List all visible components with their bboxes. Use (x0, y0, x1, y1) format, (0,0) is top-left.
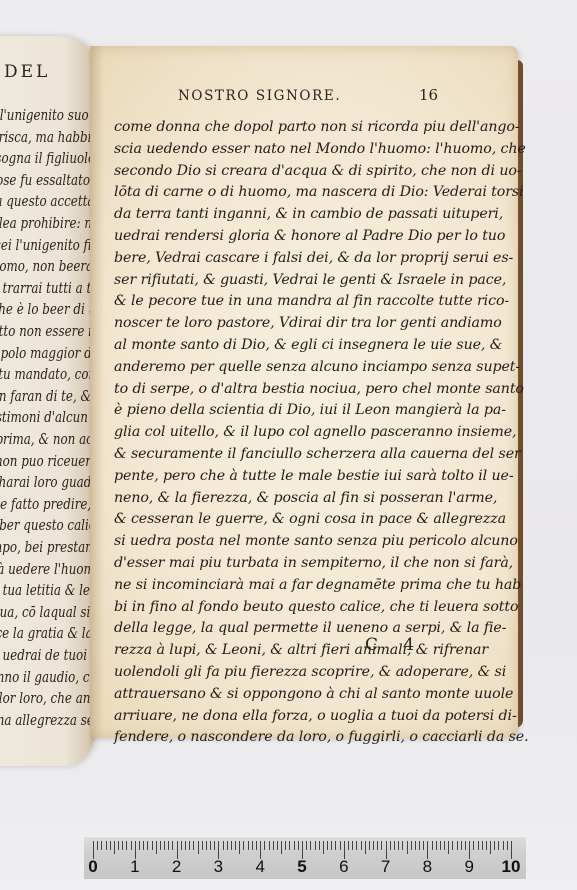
ruler-tick (361, 841, 362, 850)
ruler-tick (298, 841, 299, 850)
ruler-tick (281, 841, 282, 854)
running-head: NOSTRO SIGNORE. (178, 88, 341, 104)
text-line: fendere, o nascondere da loro, o fuggirl… (114, 727, 446, 749)
text-line: al monte santo di Dio, & egli ci insegne… (114, 335, 446, 357)
ruler-tick (273, 841, 274, 850)
text-line: li te fatto predire, & (0, 497, 96, 513)
ruler-tick (235, 841, 236, 850)
ruler-label: 10 (502, 857, 521, 877)
ruler-tick (398, 841, 399, 850)
ruler-tick (369, 841, 370, 850)
text-line: n prima, & non acqui (0, 432, 96, 448)
text-line: uolendoli gli fa piu fierezza scoprire, … (114, 662, 446, 684)
ruler-tick (335, 841, 336, 850)
ruler-tick (185, 841, 186, 850)
ruler-label: 1 (130, 857, 139, 877)
folio-number: 16 (419, 86, 438, 104)
ruler-tick (490, 841, 491, 854)
ruler-tick (210, 841, 211, 850)
text-line: o non puo riceuere sa (0, 454, 96, 470)
ruler-tick (365, 841, 366, 854)
ruler-tick (352, 841, 353, 850)
ruler-tick (239, 841, 240, 854)
ruler-tick (118, 841, 119, 850)
ruler-tick (310, 841, 311, 850)
ruler-tick (486, 841, 487, 850)
ruler-tick (315, 841, 316, 850)
ruler-tick (473, 841, 474, 850)
ruler-tick (122, 841, 123, 850)
ruler-tick (440, 841, 441, 850)
text-line: come donna che dopol parto non si ricord… (114, 117, 446, 139)
left-running-head: DEL (4, 62, 50, 82)
ruler-label: 5 (297, 857, 306, 877)
ruler-tick (143, 841, 144, 850)
ruler-tick (432, 841, 433, 850)
ruler-tick (223, 841, 224, 850)
ruler-label: 0 (88, 857, 97, 877)
ruler-tick (189, 841, 190, 850)
text-line: erna allegrezza sem (0, 713, 96, 729)
ruler-tick (423, 841, 424, 850)
text-line: glia col uitello, & il lupo col agnello … (114, 422, 446, 444)
ruler-tick (419, 841, 420, 850)
text-line: scipolo maggior della (0, 346, 96, 362)
right-page: NOSTRO SIGNORE. 16 come donna che dopol … (90, 46, 518, 738)
ruler-tick (256, 841, 257, 850)
text-line: scia uedendo esser nato nel Mondo l'huom… (114, 139, 446, 161)
ruler-tick (106, 841, 107, 850)
ruler-tick (294, 841, 295, 850)
ruler-tick (436, 841, 437, 850)
ruler-tick (231, 841, 232, 850)
ruler-tick (181, 841, 182, 850)
left-page: DEL to l'unigenito suo figlioperisca, ma… (0, 36, 96, 766)
ruler-tick (390, 841, 391, 850)
ruler-tick (478, 841, 479, 850)
text-line: non faran di te, & della (0, 389, 96, 405)
ruler-label: 2 (172, 857, 181, 877)
text-line: io, uedrai de tuoi dolor (0, 648, 96, 664)
ruler-label: 8 (423, 857, 432, 877)
ruler-tick (306, 841, 307, 850)
ruler-tick (465, 841, 466, 850)
text-line: & securamente il fanciullo scherzera all… (114, 444, 446, 466)
text-line: ri à uedere l'huomo (0, 562, 96, 578)
ruler-labels: 012345678910 (84, 857, 526, 879)
ruler-tick (461, 841, 462, 850)
ruler-tick (126, 841, 127, 850)
text-line: to l'unigenito suo figlio (0, 108, 96, 124)
ruler-tick (407, 841, 408, 854)
ruler-tick (202, 841, 203, 850)
text-line: ne si incominciarà mai a far degnamēte p… (114, 575, 446, 597)
text-line: dolor loro, che anche (0, 691, 96, 707)
text-line: l che è lo beer di quello (0, 302, 96, 318)
ruler-tick (152, 841, 153, 850)
text-line: testimoni d'alcun pe (0, 410, 96, 426)
signature-mark: C 4 (365, 635, 424, 655)
ruler-tick (415, 841, 416, 850)
text-line: ser rifiutati, & guasti, Vedrai le genti… (114, 270, 446, 292)
ruler-tick (331, 841, 332, 850)
text-line: uolea prohibire: non (0, 216, 96, 232)
ruler-tick (319, 841, 320, 850)
ruler-tick (457, 841, 458, 850)
text-line: Mose fu essaltato il ser (0, 173, 96, 189)
text-line: empo, bei prestamente (0, 540, 96, 556)
text-line: anderemo per quelle senza alcuno inciamp… (114, 357, 446, 379)
ruler-tick (494, 841, 495, 850)
ruler-tick (277, 841, 278, 850)
text-line: di ber questo calice, & (0, 518, 96, 534)
ruler-tick (206, 841, 207, 850)
text-line: da terra tanti inganni, & in cambio de p… (114, 204, 446, 226)
text-line: d'esser mai piu turbata in sempiterno, i… (114, 553, 446, 575)
ruler-label: 3 (214, 857, 223, 877)
text-line: ranno il gaudio, che (0, 670, 96, 686)
text-line: pente, pero che à tutte le male bestie i… (114, 466, 446, 488)
ruler-tick (411, 841, 412, 850)
ruler-tick (214, 841, 215, 850)
ruler-tick (452, 841, 453, 850)
text-line: a tua, cō laqual si toglie (0, 605, 96, 621)
ruler-tick (110, 841, 111, 850)
ruler-tick (356, 841, 357, 850)
ruler-tick (348, 841, 349, 850)
ruler-tick (269, 841, 270, 850)
text-line: arriuare, ne dona ella forza, o uoglia a… (114, 706, 446, 728)
ruler-tick (402, 841, 403, 850)
ruler-tick (172, 841, 173, 850)
text-line: & le pecore tue in una mandra al fin rac… (114, 291, 446, 313)
ruler-label: 9 (464, 857, 473, 877)
ruler-tick (243, 841, 244, 850)
ruler-tick (160, 841, 161, 850)
ruler-tick (97, 841, 98, 850)
ruler-tick (323, 841, 324, 854)
text-line: on tua letitia & letitia (0, 583, 96, 599)
ruler-tick (156, 841, 157, 854)
ruler-tick (444, 841, 445, 850)
text-line: gia questo accettato, & (0, 194, 96, 210)
ruler-tick (381, 841, 382, 850)
text-line: bere, Vedrai cascare i falsi dei, & da l… (114, 248, 446, 270)
text-line: ci tu mandato, come (0, 367, 96, 383)
ruler-label: 6 (339, 857, 348, 877)
ruler-tick (264, 841, 265, 850)
ruler-tick (198, 841, 199, 854)
ruler-tick (482, 841, 483, 850)
ruler-tick (101, 841, 102, 850)
ruler-tick (498, 841, 499, 850)
ruler-tick (340, 841, 341, 850)
ruler-tick (507, 841, 508, 850)
text-line: detto non essere il ser (0, 324, 96, 340)
text-line: luce la gratia & la (0, 626, 93, 642)
ruler-tick (373, 841, 374, 850)
text-line: huomo, non beerai quo (0, 259, 96, 275)
ruler-tick (168, 841, 169, 850)
text-line: bi in fino al fondo beuto questo calice,… (114, 597, 446, 619)
text-line: ne trarrai tutti a te (0, 281, 96, 297)
ruler-tick (377, 841, 378, 850)
ruler-tick (114, 841, 115, 854)
text-line: uedrai rendersi gloria & honore al Padre… (114, 226, 446, 248)
ruler-tick (448, 841, 449, 854)
ruler-tick (252, 841, 253, 850)
ruler-tick (193, 841, 194, 850)
ruler-tick (285, 841, 286, 850)
text-line: lōta di carne o di huomo, ma nascera di … (114, 182, 446, 204)
text-line: & cesseran le guerre, & ogni cosa in pac… (114, 509, 446, 531)
text-line: noscer te loro pastore, Vdirai dir tra l… (114, 313, 446, 335)
scale-ruler: 012345678910 (84, 836, 526, 879)
text-line: i l'harai loro guadagn (0, 475, 96, 491)
ruler-tick (327, 841, 328, 850)
ruler-tick (503, 841, 504, 850)
ruler-tick (248, 841, 249, 850)
ruler-tick (147, 841, 148, 850)
ruler-tick (394, 841, 395, 850)
text-line: perisca, ma habbia eter (0, 130, 96, 146)
ruler-tick (227, 841, 228, 850)
text-line: neno, & la fierezza, & poscia al fin si … (114, 488, 446, 510)
ruler-label: 7 (381, 857, 390, 877)
ruler-tick (289, 841, 290, 850)
text-line: secondo Dio si creara d'acqua & di spiri… (114, 161, 446, 183)
text-line: e sei l'unigenito figliuo (0, 238, 96, 254)
text-line: to di serpe, o d'altra bestia nociua, pe… (114, 379, 446, 401)
ruler-tick (139, 841, 140, 850)
ruler-tick (131, 841, 132, 850)
ruler-tick (164, 841, 165, 850)
book-photo: DEL to l'unigenito suo figlioperisca, ma… (0, 0, 577, 890)
ruler-label: 4 (255, 857, 264, 877)
text-line: è pieno della scientia di Dio, iui il Le… (114, 400, 446, 422)
text-line: bisogna il figliuolo del (0, 151, 96, 167)
text-line: si uedra posta nel monte santo senza piu… (114, 531, 446, 553)
text-line: attrauersano & si oppongono à chi al san… (114, 684, 446, 706)
